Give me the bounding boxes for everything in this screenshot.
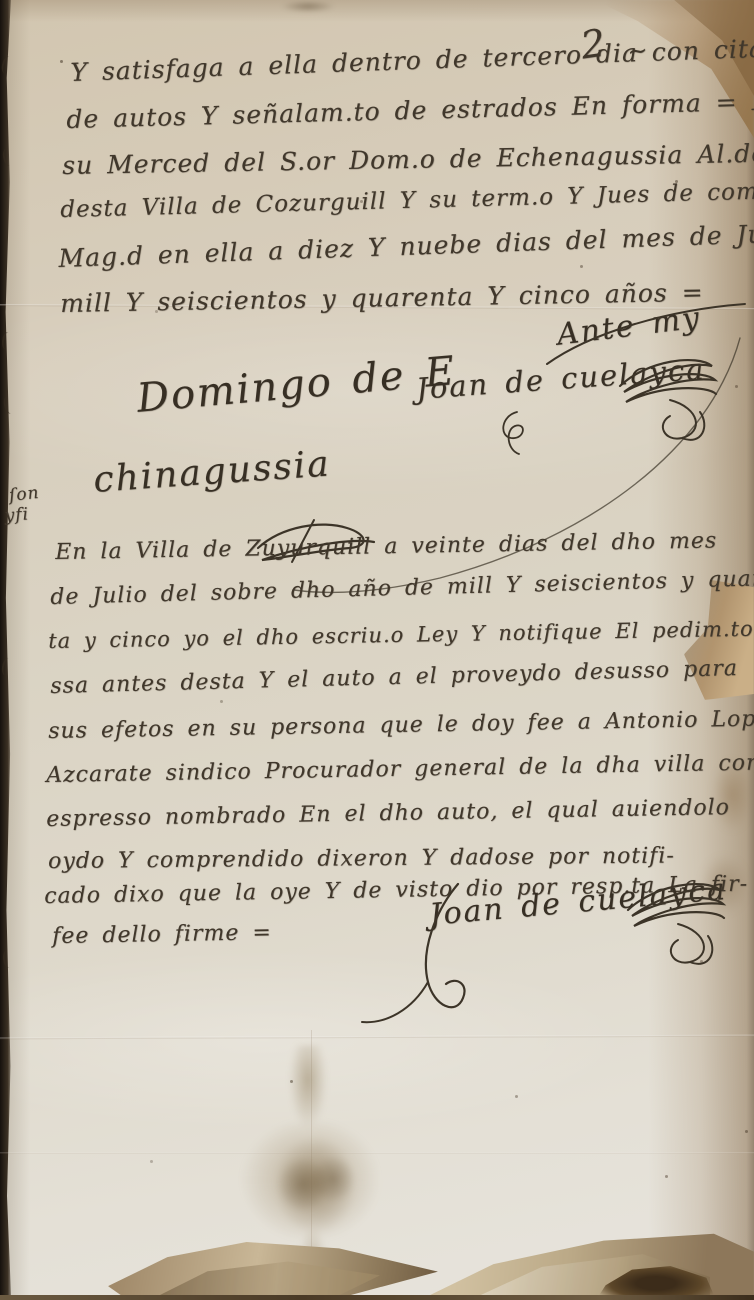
foxing-specks (60, 60, 63, 63)
decree-line: Y satisfaga a ella dentro de tercero dia… (70, 32, 754, 87)
fold-crease (0, 1035, 754, 1040)
margin-note-line1: ſon (8, 483, 40, 506)
notification-line: fee dello firme = (52, 920, 272, 949)
signature-loop-icon (495, 408, 535, 460)
decree-line: Mag.d en ella a diez Y nuebe dias del me… (58, 217, 754, 273)
notification-line: oydo Y comprendido dixeron Y dadose por … (48, 844, 675, 874)
signature-domingo-line1: Domingo de E (135, 348, 458, 422)
margin-note-line2: yfi (4, 504, 30, 526)
notification-line: espresso nombrado En el dho auto, el qua… (46, 795, 730, 832)
notification-line: sus efetos en su persona que le doy fee … (48, 705, 754, 744)
notification-line: ta y cinco yo el dho escriu.o Ley Y noti… (48, 615, 754, 653)
notification-line: Azcarate sindico Procurador general de l… (46, 750, 754, 788)
manuscript-page: 2 ~ Y satisfaga a ella dentro de tercero… (0, 0, 754, 1300)
decree-line: de autos Y señalam.to de estrados En for… (66, 84, 754, 134)
decree-line: desta Villa de Cozurguill Y su term.o Y … (60, 175, 754, 223)
signature-domingo-line2: chinagussia (92, 443, 332, 500)
notification-line: En la Villa de Zuyurquill a veinte dias … (55, 528, 717, 565)
decree-line: su Merced del S.or Dom.o de Echenagussia… (62, 137, 754, 180)
edge-ink-fragment (1, 331, 13, 350)
binding-edge (0, 0, 14, 1300)
ink-smudge-top (268, 0, 348, 16)
signature-joan-right: Joan de cuelayca (415, 352, 706, 406)
bottom-edge (0, 1295, 754, 1300)
notification-line: de Julio del sobre dho año de mill Y sei… (50, 565, 754, 610)
crumpled-bottom-edge (0, 1225, 754, 1300)
notification-line: ssa antes desta Y el auto a el proveydo … (50, 656, 738, 699)
